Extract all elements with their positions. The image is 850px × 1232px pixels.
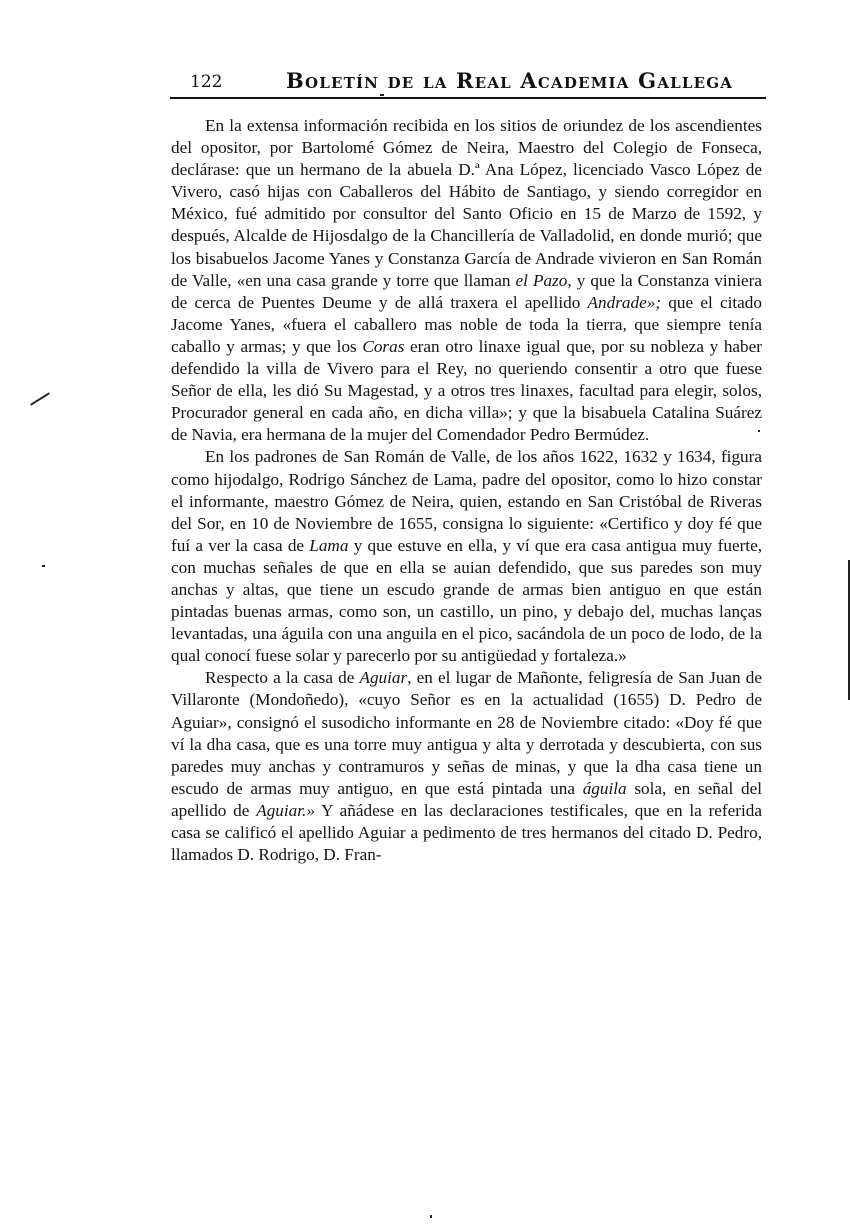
italic-segment: águila (583, 779, 627, 798)
text-segment: Respecto a la casa de (205, 668, 359, 687)
body-text: En la extensa información recibida en lo… (171, 115, 762, 866)
scan-speck (380, 94, 384, 96)
header-rule (170, 97, 766, 99)
scan-speck (430, 1215, 432, 1218)
italic-segment: Andrade»; (588, 293, 662, 312)
text-segment: y que estuve en ella, y ví que era casa … (171, 536, 762, 665)
italic-segment: el Pazo (516, 271, 568, 290)
scan-speck (758, 430, 760, 432)
italic-segment: Coras (362, 337, 404, 356)
paragraph: En los padrones de San Román de Valle, d… (171, 446, 762, 667)
scan-artifact-mark (30, 392, 50, 405)
page-number: 122 (190, 72, 222, 92)
paragraph: Respecto a la casa de Aguiar, en el luga… (171, 667, 762, 866)
italic-segment: Aguiar.» (256, 801, 315, 820)
page-header: 122 Boletín de la Real Academia Gallega (168, 68, 766, 98)
running-title: Boletín de la Real Academia Gallega (286, 68, 733, 93)
paragraph: En la extensa información recibida en lo… (171, 115, 762, 446)
scan-speck (42, 565, 45, 567)
italic-segment: Aguiar (359, 668, 407, 687)
italic-segment: Lama (309, 536, 348, 555)
document-page: 122 Boletín de la Real Academia Gallega … (0, 0, 850, 1232)
text-segment: En la extensa información recibida en lo… (171, 116, 762, 290)
